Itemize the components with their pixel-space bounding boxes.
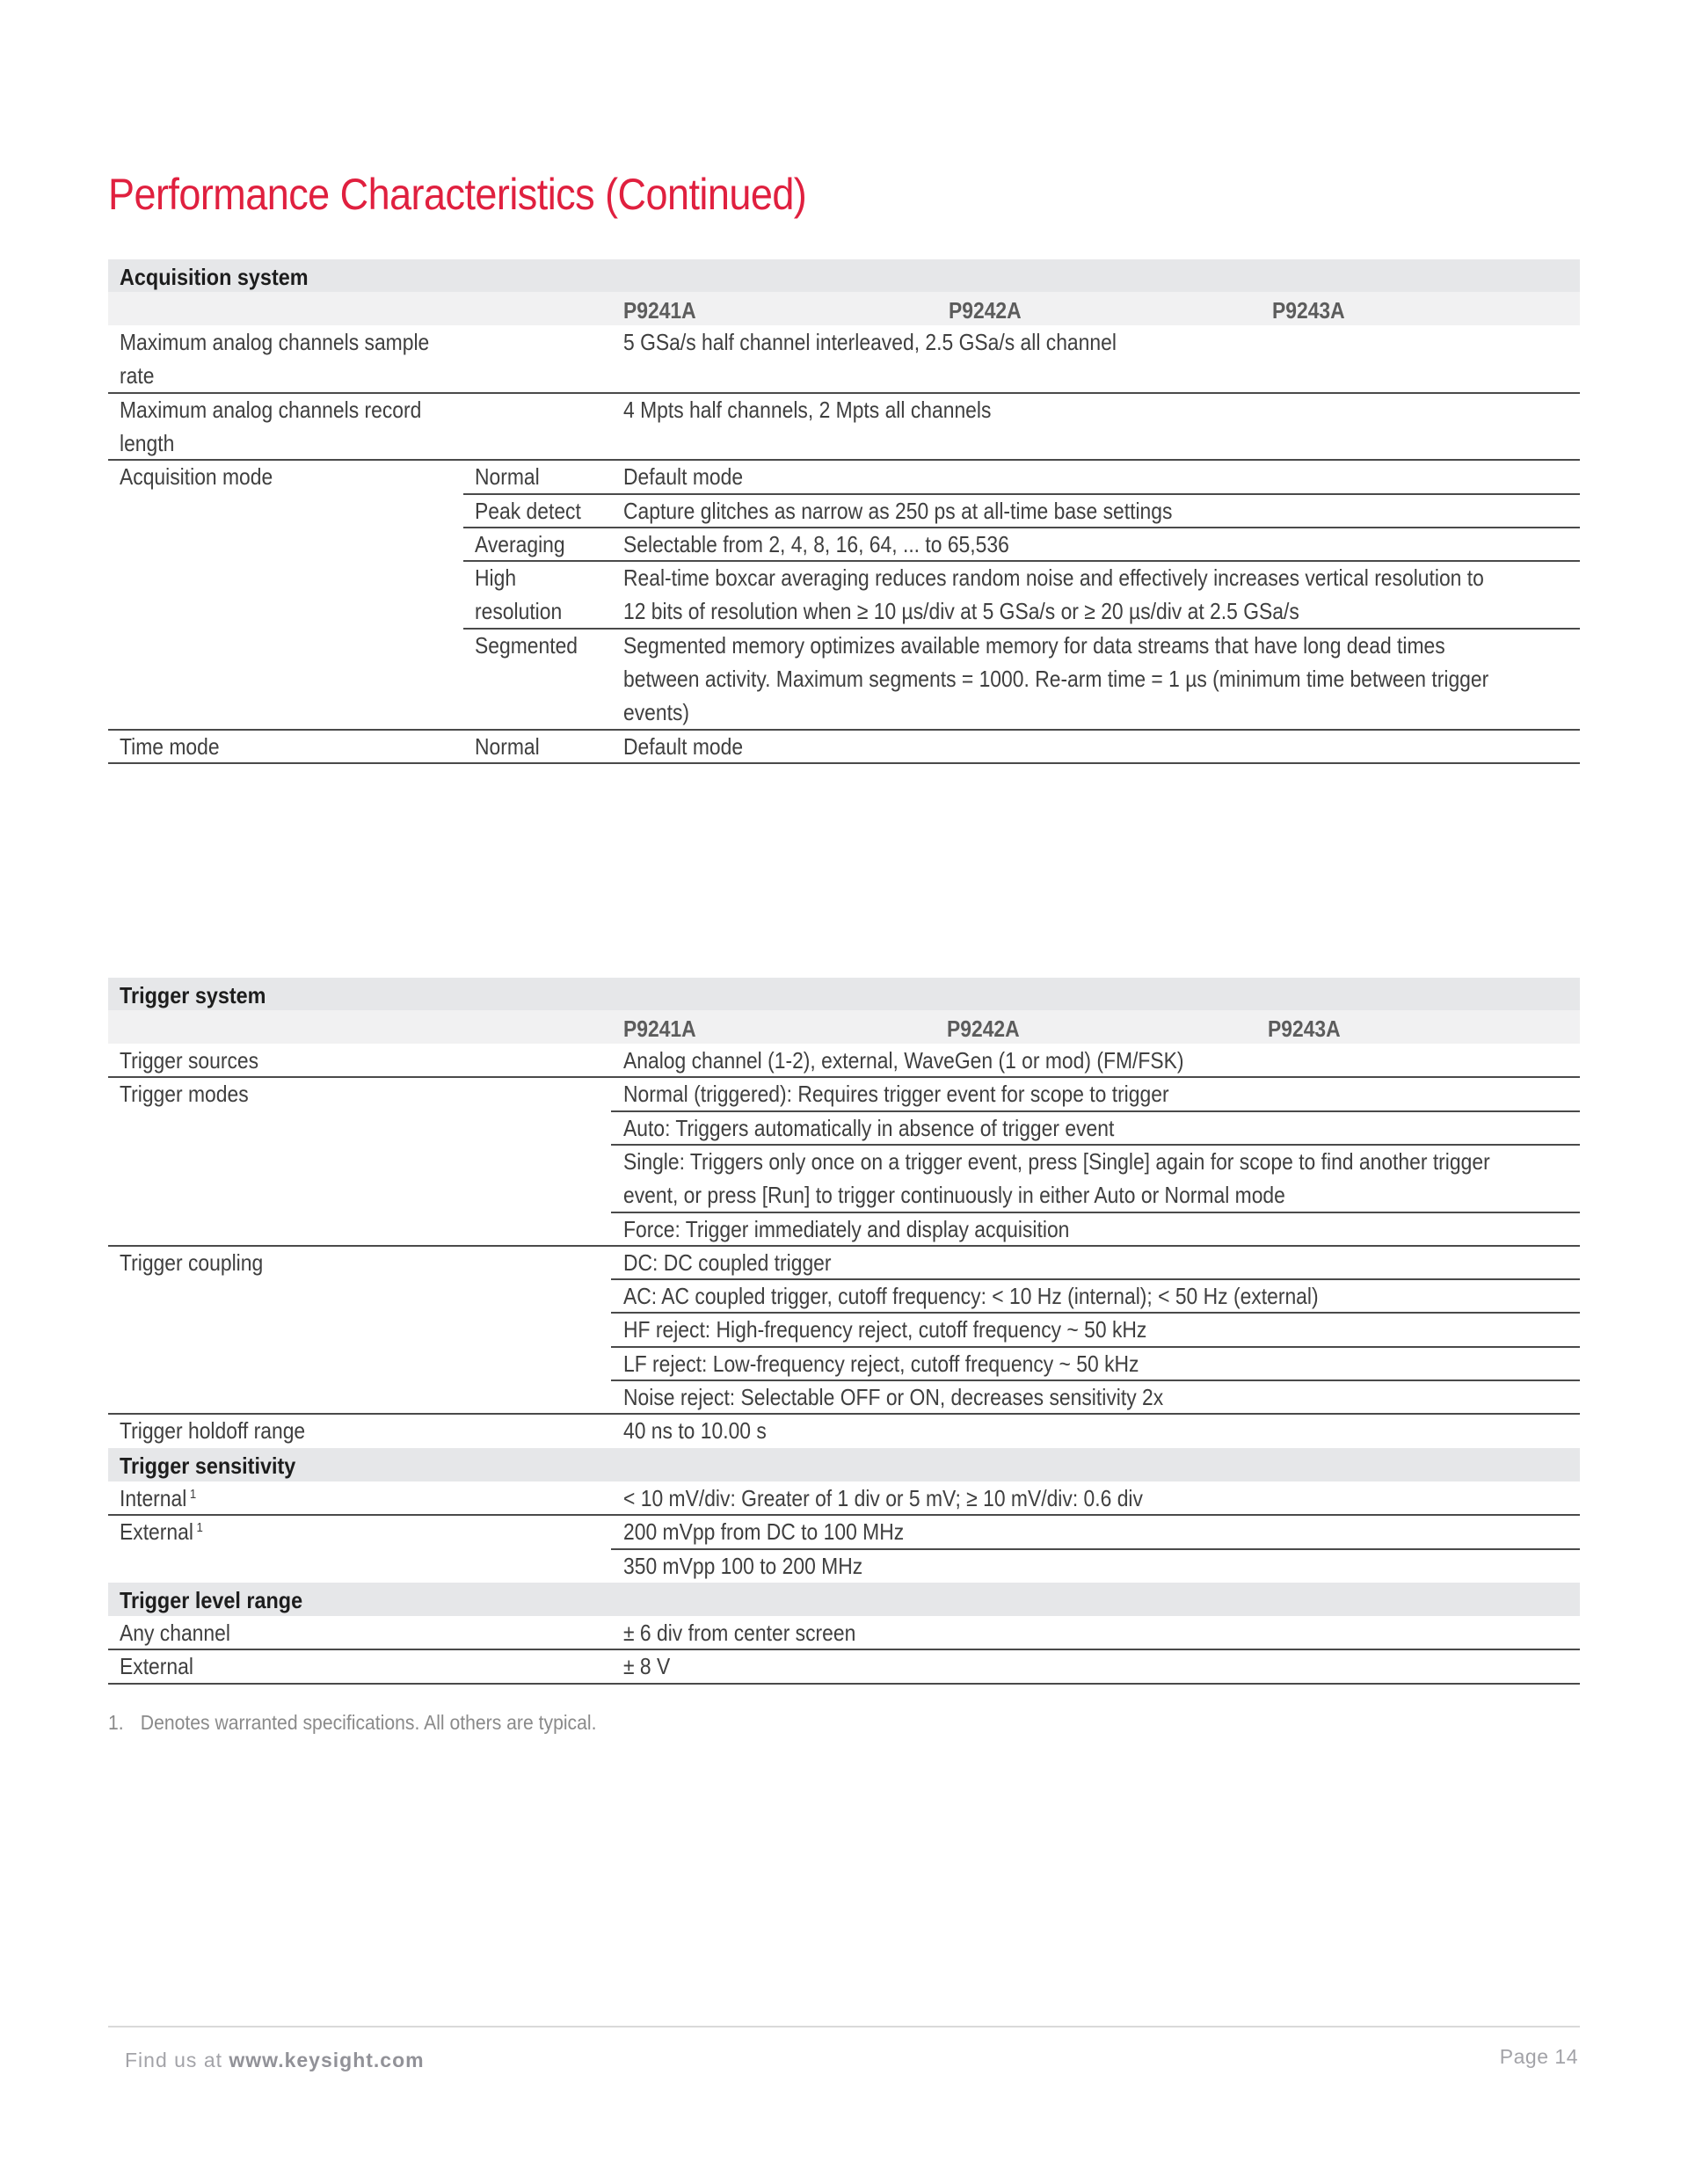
row-value-line: Noise reject: Selectable OFF or ON, decr… [623,1380,1163,1414]
row-value-line: events) [623,695,1488,729]
row-divider [108,1683,1580,1685]
row-sublabel-line: Normal [475,460,540,493]
trigger-level-range-header-title: Trigger level range [120,1587,302,1614]
row-label-line: Acquisition mode [120,460,273,493]
acquisition-rows: Maximum analog channels samplerate5 GSa/… [108,325,1580,763]
trigger-level-range-header: Trigger level range [108,1583,1580,1616]
row-sublabel: Normal [475,730,540,763]
row-value-line: Selectable from 2, 4, 8, 16, 64, ... to … [623,528,1009,561]
row-value-line: 4 Mpts half channels, 2 Mpts all channel… [623,393,991,426]
model-p9243a: P9243A [1272,297,1345,324]
trigger-section-title: Trigger system [120,982,266,1009]
row-divider [108,1245,1580,1247]
row-label: Trigger coupling [120,1246,263,1279]
row-label: Internal1 [120,1481,196,1515]
row-value-line: Capture glitches as narrow as 250 ps at … [623,494,1172,528]
row-value-line: 12 bits of resolution when ≥ 10 µs/div a… [623,594,1484,628]
row-value: Selectable from 2, 4, 8, 16, 64, ... to … [623,528,1009,561]
acquisition-section-title: Acquisition system [120,264,309,291]
row-value-line: between activity. Maximum segments = 100… [623,662,1488,695]
row-divider [108,1649,1580,1650]
row-label: Trigger sources [120,1044,258,1077]
row-label: External [120,1649,193,1683]
row-value-line: AC: AC coupled trigger, cutoff frequency… [623,1279,1319,1313]
keysight-link[interactable]: www.keysight.com [229,2049,424,2071]
row-value-line: Default mode [623,730,743,763]
row-value: Capture glitches as narrow as 250 ps at … [623,494,1172,528]
row-label-line: length [120,426,421,460]
footer-divider [108,2026,1580,2027]
row-divider [108,1413,1580,1415]
row-value: 200 mVpp from DC to 100 MHz [623,1515,904,1548]
row-value: 40 ns to 10.00 s [623,1414,767,1447]
row-value-line: Single: Triggers only once on a trigger … [623,1145,1490,1178]
row-value-line: Normal (triggered): Requires trigger eve… [623,1077,1169,1110]
row-value-line: ± 6 div from center screen [623,1616,855,1649]
model-p9242a: P9242A [949,297,1022,324]
row-value: < 10 mV/div: Greater of 1 div or 5 mV; ≥… [623,1481,1143,1515]
row-value-line: 40 ns to 10.00 s [623,1414,767,1447]
row-label: Maximum analog channels recordlength [120,393,421,461]
row-value-line: LF reject: Low-frequency reject, cutoff … [623,1347,1139,1380]
footnote-ref: 1 [196,1520,202,1535]
row-value-line: 5 GSa/s half channel interleaved, 2.5 GS… [623,325,1117,359]
acquisition-section-header: Acquisition system [108,259,1580,292]
row-value-line: Default mode [623,460,743,493]
row-sublabel: Segmented [475,629,578,662]
row-value: 350 mVpp 100 to 200 MHz [623,1549,862,1583]
row-value: Default mode [623,730,743,763]
row-sublabel-line: Averaging [475,528,565,561]
row-label-line: Maximum analog channels sample [120,325,429,359]
row-label-text: External [120,1518,193,1545]
row-label: External1 [120,1515,203,1548]
row-value-line: ± 8 V [623,1649,670,1683]
row-value-line: DC: DC coupled trigger [623,1246,832,1279]
row-sublabel-line: Segmented [475,629,578,662]
row-value: HF reject: High-frequency reject, cutoff… [623,1313,1146,1346]
row-value: ± 8 V [623,1649,670,1683]
row-value: Force: Trigger immediately and display a… [623,1212,1069,1246]
row-value: Real-time boxcar averaging reduces rando… [623,561,1484,629]
row-value-line: < 10 mV/div: Greater of 1 div or 5 mV; ≥… [623,1481,1143,1515]
row-value: DC: DC coupled trigger [623,1246,832,1279]
model-p9241a: P9241A [623,297,696,324]
row-label-line: Maximum analog channels record [120,393,421,426]
footer-find-us: Find us at www.keysight.com [125,2049,425,2072]
trigger-rows: Trigger sourcesAnalog channel (1-2), ext… [108,1044,1580,1684]
row-value: 4 Mpts half channels, 2 Mpts all channel… [623,393,991,426]
row-value: AC: AC coupled trigger, cutoff frequency… [623,1279,1319,1313]
row-value: 5 GSa/s half channel interleaved, 2.5 GS… [623,325,1117,359]
row-value-line: 350 mVpp 100 to 200 MHz [623,1549,862,1583]
row-value-line: event, or press [Run] to trigger continu… [623,1178,1490,1212]
trigger-model-header: P9241A P9242A P9243A [108,1010,1580,1044]
model-p9241a: P9241A [623,1016,696,1043]
row-sublabel-line: Peak detect [475,494,581,528]
row-label: Maximum analog channels samplerate [120,325,429,393]
row-sublabel-line: High [475,561,562,594]
row-value-line: Real-time boxcar averaging reduces rando… [623,561,1484,594]
trigger-sensitivity-header-title: Trigger sensitivity [120,1452,295,1480]
footer-prefix: Find us at [125,2049,229,2071]
trigger-system-table: Trigger system P9241A P9242A P9243A Trig… [108,978,1580,1684]
footnote-number: 1. [108,1711,141,1735]
row-label: Acquisition mode [120,460,273,493]
footnote: 1.Denotes warranted specifications. All … [108,1711,596,1735]
footnote-ref: 1 [190,1487,196,1502]
row-label-line: rate [120,359,429,392]
row-label: Any channel [120,1616,230,1649]
row-divider [108,729,1580,731]
row-value-line: Auto: Triggers automatically in absence … [623,1111,1114,1145]
row-value: LF reject: Low-frequency reject, cutoff … [623,1347,1139,1380]
row-sublabel-line: resolution [475,594,562,628]
row-label: Trigger modes [120,1077,249,1110]
row-value-line: Force: Trigger immediately and display a… [623,1212,1069,1246]
row-sublabel-line: Normal [475,730,540,763]
row-value: Single: Triggers only once on a trigger … [623,1145,1490,1212]
row-value-line: Analog channel (1-2), external, WaveGen … [623,1044,1183,1077]
row-sublabel: Averaging [475,528,565,561]
row-value: Normal (triggered): Requires trigger eve… [623,1077,1169,1110]
row-sublabel: Highresolution [475,561,562,629]
trigger-section-header: Trigger system [108,978,1580,1010]
row-sublabel: Normal [475,460,540,493]
page-title: Performance Characteristics (Continued) [108,169,806,220]
row-value: Segmented memory optimizes available mem… [623,629,1488,730]
row-divider [108,459,1580,461]
row-divider [108,762,1580,764]
row-sublabel: Peak detect [475,494,581,528]
row-label: Trigger holdoff range [120,1414,305,1447]
row-label-text: Internal [120,1485,186,1511]
footnote-text: Denotes warranted specifications. All ot… [141,1711,597,1734]
row-label-line: Time mode [120,730,220,763]
row-value-line: HF reject: High-frequency reject, cutoff… [623,1313,1146,1346]
model-p9242a: P9242A [947,1016,1020,1043]
acquisition-system-table: Acquisition system P9241A P9242A P9243A … [108,259,1580,763]
acquisition-model-header: P9241A P9242A P9243A [108,292,1580,325]
row-value-line: 200 mVpp from DC to 100 MHz [623,1515,904,1548]
row-value: ± 6 div from center screen [623,1616,855,1649]
row-value: Analog channel (1-2), external, WaveGen … [623,1044,1183,1077]
row-value: Auto: Triggers automatically in absence … [623,1111,1114,1145]
page-number: Page 14 [1500,2045,1578,2069]
model-p9243a: P9243A [1268,1016,1341,1043]
row-value: Noise reject: Selectable OFF or ON, decr… [623,1380,1163,1414]
row-value-line: Segmented memory optimizes available mem… [623,629,1488,662]
row-label: Time mode [120,730,220,763]
row-value: Default mode [623,460,743,493]
trigger-sensitivity-header: Trigger sensitivity [108,1448,1580,1481]
